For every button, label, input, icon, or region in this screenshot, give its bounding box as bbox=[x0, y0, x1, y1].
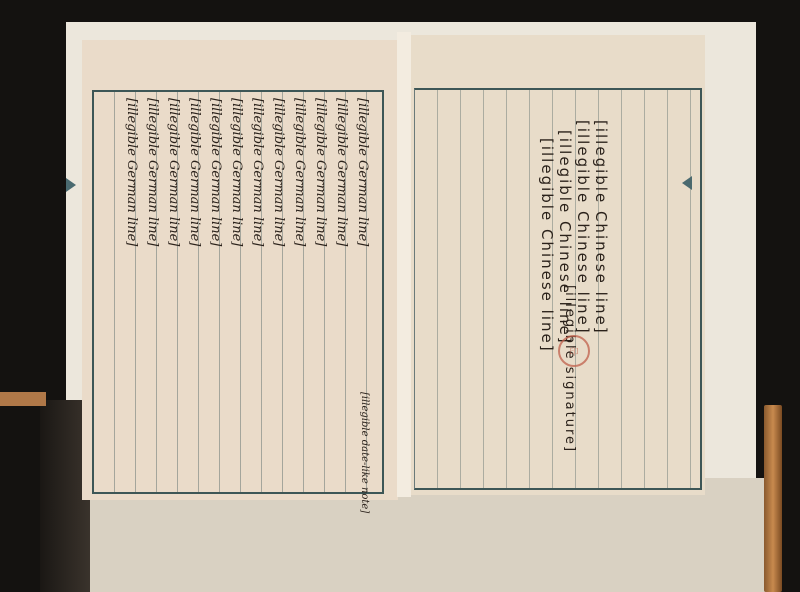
german-line: [illegible German line] bbox=[166, 98, 181, 246]
german-line: [illegible German line] bbox=[271, 98, 286, 246]
german-line: [illegible German line] bbox=[208, 98, 223, 246]
wooden-edge bbox=[764, 405, 782, 592]
german-line: [illegible German line] bbox=[124, 98, 139, 246]
red-seal-stamp: 印 bbox=[558, 335, 590, 367]
left-text-frame: [illegible German line] [illegible Germa… bbox=[92, 90, 384, 494]
german-line: [illegible German line] bbox=[334, 98, 349, 246]
chinese-line: [illegible Chinese line] bbox=[538, 138, 556, 353]
german-line: [illegible German line] bbox=[292, 98, 307, 246]
german-line: [illegible German line] bbox=[250, 98, 265, 246]
page-marker-left bbox=[66, 178, 76, 192]
german-line: [illegible German line] bbox=[229, 98, 244, 246]
date-note: [illegible date-like note] bbox=[359, 392, 370, 513]
book-gutter bbox=[397, 32, 411, 497]
chinese-line: [illegible Chinese line] bbox=[592, 120, 610, 335]
german-line: [illegible German line] bbox=[313, 98, 328, 246]
german-line: [illegible German line] bbox=[355, 98, 370, 246]
wooden-edge-left bbox=[0, 392, 46, 406]
german-line: [illegible German line] bbox=[187, 98, 202, 246]
signature: [illegible signature] bbox=[562, 285, 577, 453]
german-line: [illegible German line] bbox=[145, 98, 160, 246]
